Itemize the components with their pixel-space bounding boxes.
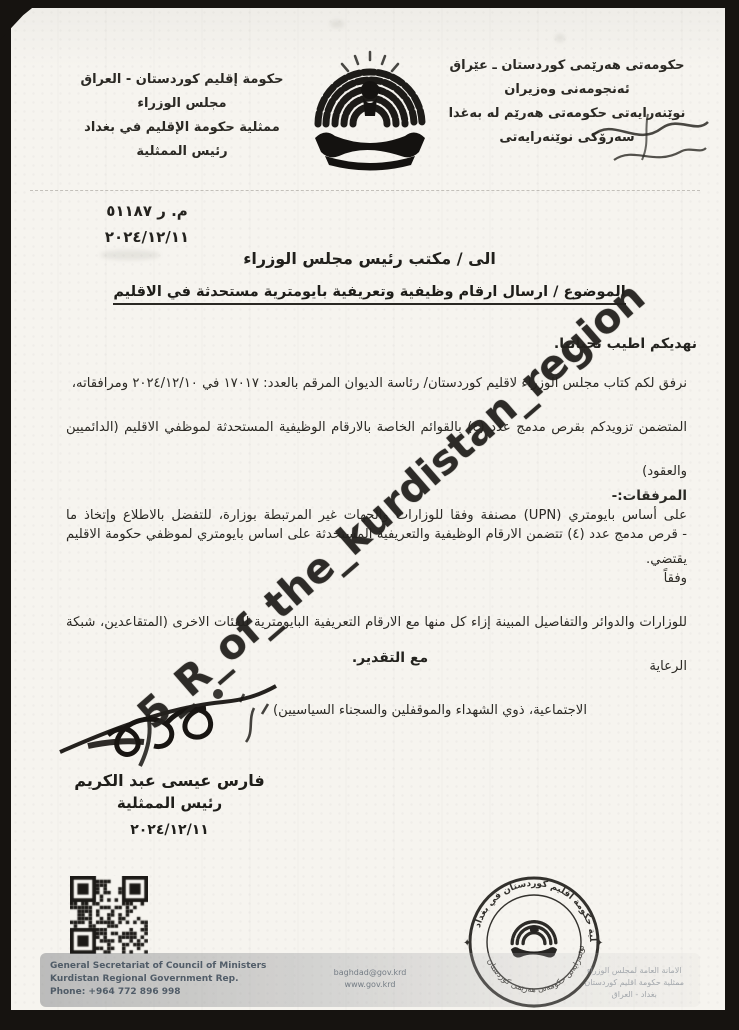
krg-eagle-emblem-icon xyxy=(295,46,445,181)
footer-right-block: الامانة العامة لمجلس الوزراء ممثلية حكوم… xyxy=(584,965,684,1001)
subject-text: الموضوع / ارسال ارقام وظيفية وتعريفية با… xyxy=(113,284,625,305)
footer-website: www.gov.krd xyxy=(295,979,445,991)
header-arabic-line1: حكومة إقليم كوردستان - العراق xyxy=(32,68,332,92)
header-kurdish-line2: ئەنجومەنی وەزیران xyxy=(417,78,717,102)
footer-left-line1: General Secretariat of Council of Minist… xyxy=(50,960,266,973)
svg-text:ممثلية حكومة اقليم كوردستان في: ممثلية حكومة اقليم كوردستان في بغداد xyxy=(455,872,597,942)
scan-border-right xyxy=(725,0,739,1030)
header-kurdish-line1: حکومەتی هەرێمی کوردستان ـ عێراق xyxy=(417,54,717,78)
stamp-star-right: ✦ xyxy=(595,938,603,949)
header-arabic-line3: ممثلية حكومة الإقليم في بغداد xyxy=(32,116,332,140)
header-arabic-line2: مجلس الوزراء xyxy=(32,92,332,116)
scan-smudge xyxy=(330,20,344,28)
header-arabic-line4: رئيس الممثلية xyxy=(32,140,332,164)
scanned-letter-page: حکومەتی هەرێمی کوردستان ـ عێراق ئەنجومەن… xyxy=(0,0,739,1030)
attachments-label: المرفقات:- xyxy=(612,488,687,504)
reference-date: ٢٠٢٤/١٢/١١ xyxy=(52,224,242,250)
footer-right-line1: الامانة العامة لمجلس الوزراء xyxy=(584,965,684,977)
stamp-star-left: ✦ xyxy=(463,938,471,949)
signer-date: ٢٠٢٤/١٢/١١ xyxy=(62,822,277,838)
footer-left-line2: Kurdistan Regional Government Rep. xyxy=(50,973,266,986)
header-divider-line xyxy=(30,190,700,191)
addressee-line: الى / مكتب رئيس مجلس الوزراء xyxy=(0,249,739,268)
reference-number: م. ر ٥١١٨٧ xyxy=(52,198,242,224)
handwritten-annotation-mark xyxy=(584,108,714,178)
signer-title: رئيس الممثلية xyxy=(62,792,277,814)
scan-border-left xyxy=(0,0,11,1030)
stamp-text-top: ممثلية حكومة اقليم كوردستان في بغداد xyxy=(455,872,597,942)
scan-border-bottom xyxy=(0,1010,739,1030)
signer-block: فارس عيسى عبد الكريم رئيس الممثلية ٢٠٢٤/… xyxy=(62,770,277,838)
footer-email: baghdad@gov.krd xyxy=(295,967,445,979)
qr-code xyxy=(70,876,148,954)
footer-left-line3: Phone: +964 772 896 998 xyxy=(50,986,266,999)
reference-block: م. ر ٥١١٨٧ ٢٠٢٤/١٢/١١ xyxy=(52,198,242,250)
closing-line: مع التقدير. xyxy=(320,650,460,666)
scan-border-top xyxy=(0,0,739,8)
footer-left-block: General Secretariat of Council of Minist… xyxy=(50,960,266,999)
footer-center-block: baghdad@gov.krd www.gov.krd xyxy=(295,967,445,991)
footer-right-line3: بغداد - العراق xyxy=(584,989,684,1001)
scan-smudge xyxy=(555,34,565,42)
header-arabic-block: حكومة إقليم كوردستان - العراق مجلس الوزر… xyxy=(32,68,332,164)
para1-line2: المتضمن تزويدكم بقرص مدمج عدد (٤) بالقوا… xyxy=(66,406,687,494)
footer-right-line2: ممثلية حكومة اقليم كوردستان xyxy=(584,977,684,989)
